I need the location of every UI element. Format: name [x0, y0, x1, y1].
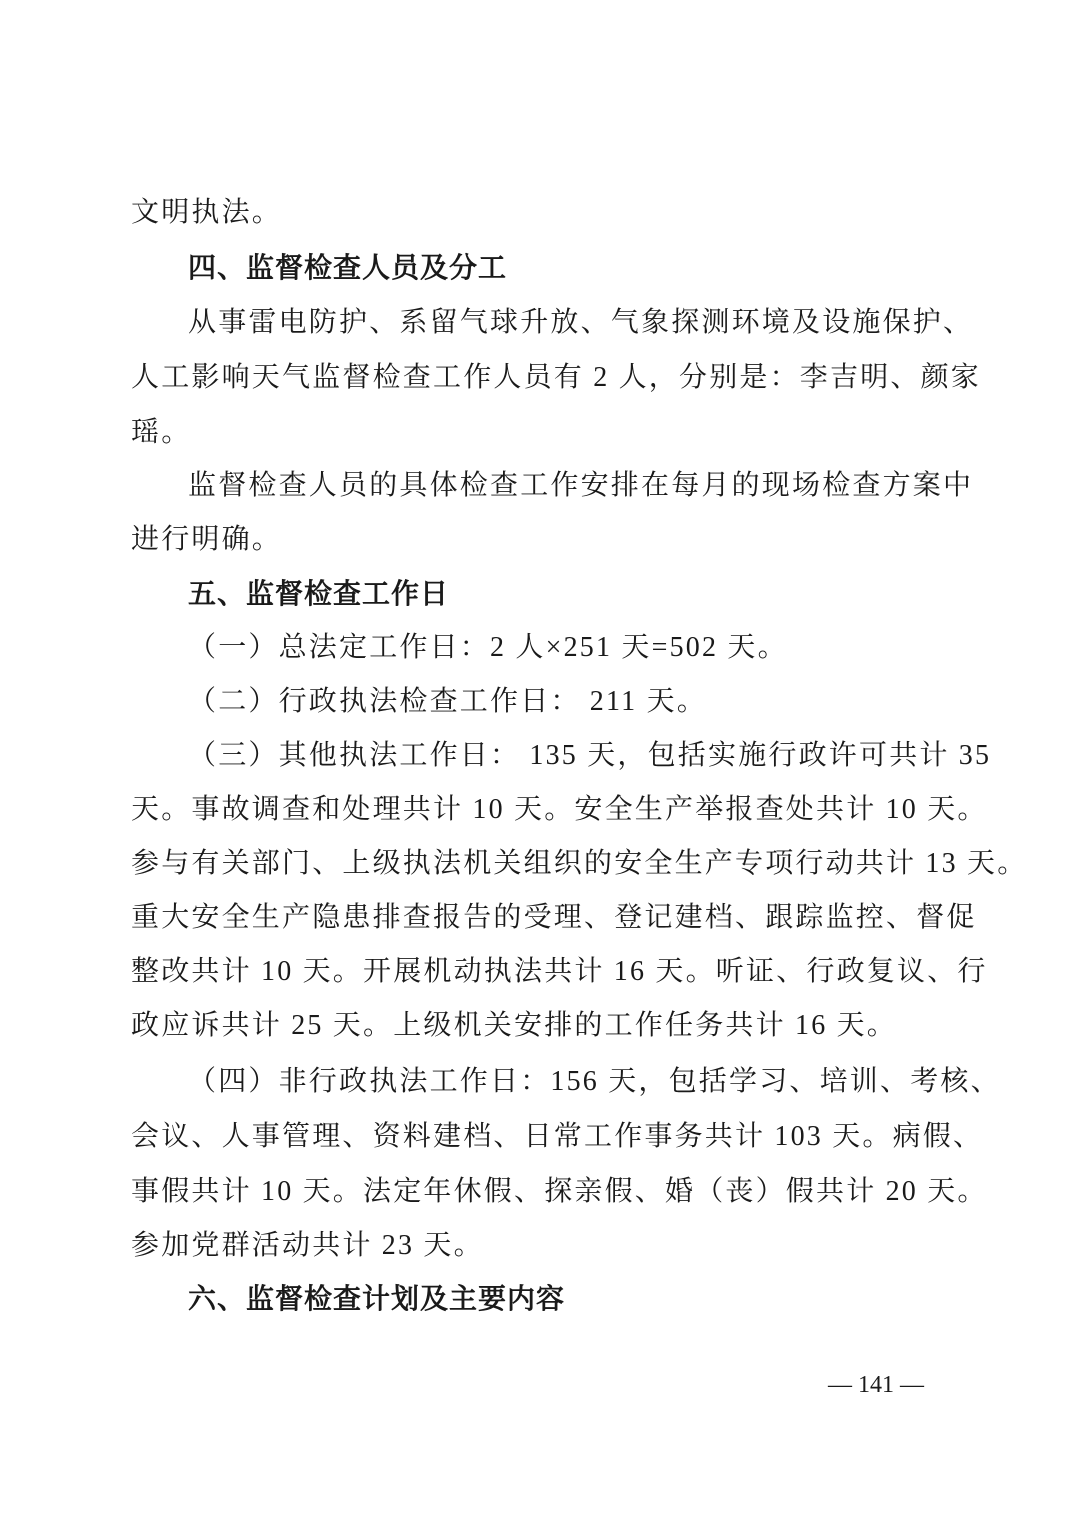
paragraph-line: 事假共计 10 天。法定年休假、探亲假、婚（丧）假共计 20 天。 — [131, 1172, 951, 1212]
paragraph-line: （四）非行政执法工作日：156 天，包括学习、培训、考核、 — [188, 1062, 1008, 1102]
paragraph-line: 政应诉共计 25 天。上级机关安排的工作任务共计 16 天。 — [131, 1006, 951, 1046]
section-heading-4: 四、监督检查人员及分工 — [188, 248, 1008, 288]
section-heading-5: 五、监督检查工作日 — [188, 574, 1008, 614]
paragraph-line: 文明执法。 — [131, 193, 951, 233]
paragraph-line: 重大安全生产隐患排查报告的受理、登记建档、跟踪监控、督促 — [131, 898, 951, 938]
paragraph-line: 进行明确。 — [131, 520, 951, 560]
paragraph-line: 瑶。 — [131, 413, 951, 453]
page-number: — 141 — — [828, 1370, 924, 1400]
paragraph-line: 参与有关部门、上级执法机关组织的安全生产专项行动共计 13 天。 — [131, 844, 951, 884]
paragraph-line: 会议、人事管理、资料建档、日常工作事务共计 103 天。病假、 — [131, 1117, 951, 1157]
paragraph-line: 参加党群活动共计 23 天。 — [131, 1226, 951, 1266]
paragraph-line: 人工影响天气监督检查工作人员有 2 人，分别是：李吉明、颜家 — [131, 358, 951, 398]
paragraph-line: 从事雷电防护、系留气球升放、气象探测环境及设施保护、 — [188, 303, 1008, 343]
section-heading-6: 六、监督检查计划及主要内容 — [188, 1279, 1008, 1319]
paragraph-line: （二）行政执法检查工作日： 211 天。 — [188, 682, 1008, 722]
paragraph-line: （三）其他执法工作日： 135 天，包括实施行政许可共计 35 — [188, 736, 1008, 776]
paragraph-line: 整改共计 10 天。开展机动执法共计 16 天。听证、行政复议、行 — [131, 952, 951, 992]
document-page: 文明执法。 四、监督检查人员及分工 从事雷电防护、系留气球升放、气象探测环境及设… — [0, 0, 1074, 1520]
paragraph-line: 监督检查人员的具体检查工作安排在每月的现场检查方案中 — [188, 466, 1008, 506]
paragraph-line: （一）总法定工作日：2 人×251 天=502 天。 — [188, 628, 1008, 668]
paragraph-line: 天。事故调查和处理共计 10 天。安全生产举报查处共计 10 天。 — [131, 790, 951, 830]
